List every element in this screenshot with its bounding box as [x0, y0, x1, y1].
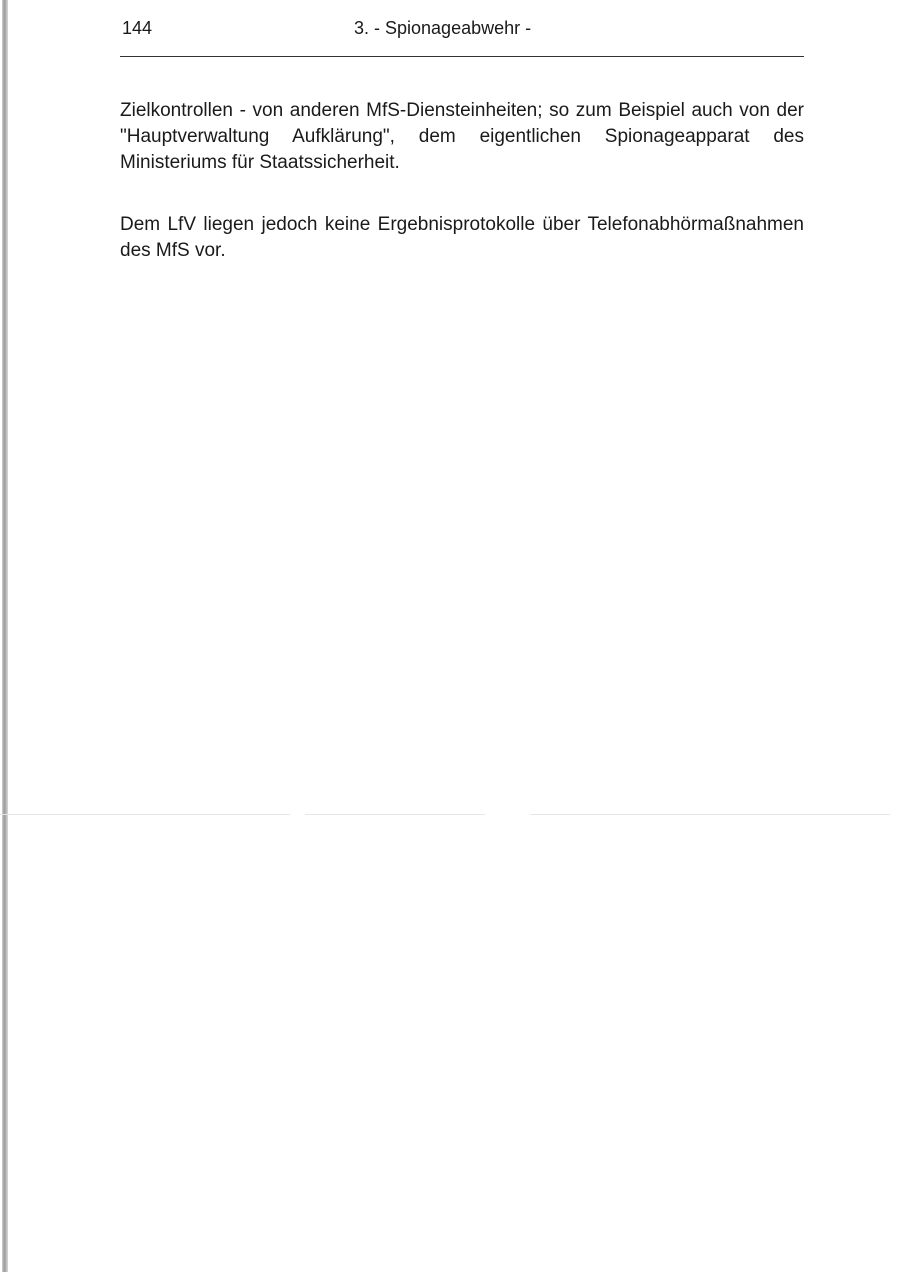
scan-artifact-line — [530, 814, 890, 815]
header-rule — [120, 56, 804, 57]
scan-artifact-line — [305, 814, 485, 815]
paragraph-1: Zielkontrollen - von anderen MfS-Dienste… — [120, 98, 804, 176]
page-number: 144 — [122, 18, 152, 39]
running-head: 3. - Spionageabwehr - — [354, 18, 531, 39]
scan-artifact-line — [150, 814, 280, 815]
scan-binding-edge — [2, 0, 8, 1272]
paragraph-2: Dem LfV liegen jedoch keine Ergebnisprot… — [120, 212, 804, 264]
